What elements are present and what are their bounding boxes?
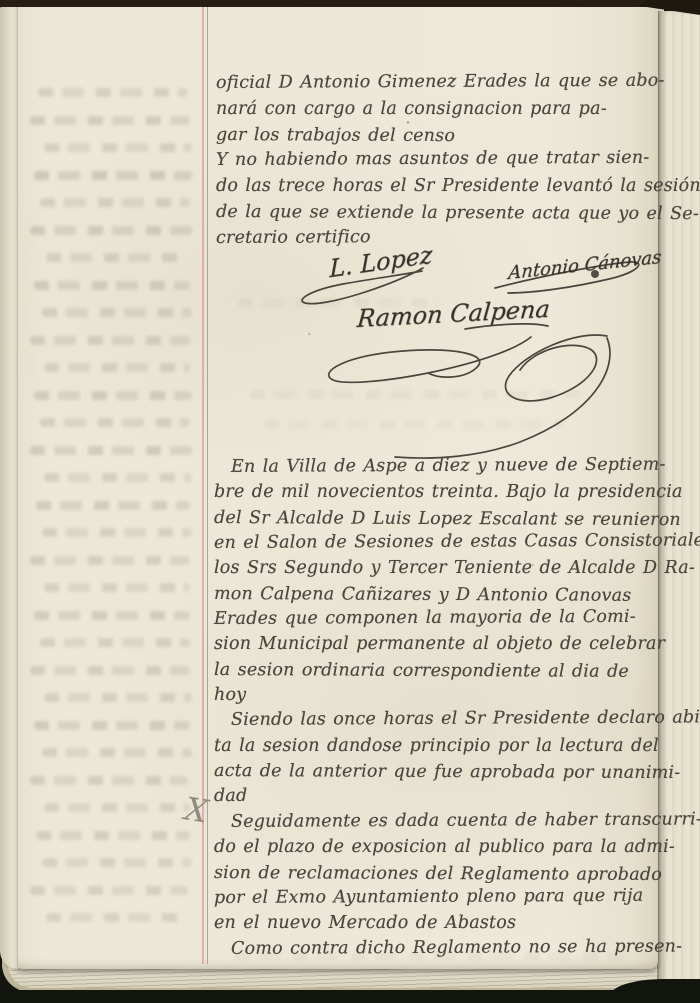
manuscript-line: do el plazo de exposicion al publico par… xyxy=(214,835,664,860)
signature-rubrica-rosette xyxy=(505,335,607,401)
manuscript-line: ta la sesion dandose principio por la le… xyxy=(214,734,664,759)
bleedthrough-line xyxy=(44,473,192,482)
manuscript-line: cretario certifico xyxy=(216,223,660,251)
bleedthrough-line xyxy=(46,253,186,262)
opening-paragraph: En la Villa de Aspe a diez y nueve de Se… xyxy=(214,455,664,708)
manuscript-line: dad xyxy=(214,782,664,810)
bleedthrough-line xyxy=(36,501,190,510)
book-top-edge xyxy=(0,0,700,7)
manuscript-line: hoy xyxy=(214,681,664,709)
bleedthrough-line xyxy=(42,308,192,317)
book-bottom-edge xyxy=(0,990,700,1003)
closing-paragraph: oficial D Antonio Gimenez Erades la que … xyxy=(216,71,660,252)
manuscript-line: Erades que componen la mayoria de la Com… xyxy=(214,605,664,633)
signature-flourishes xyxy=(295,250,690,465)
bleedthrough-line xyxy=(40,638,190,647)
signature-rubrica-loop xyxy=(329,337,531,382)
bleedthrough-line xyxy=(30,666,190,675)
manuscript-scan: X oficial D Antonio Gimenez Erades la qu… xyxy=(0,0,700,1003)
session-minutes: En la Villa de Aspe a diez y nueve de Se… xyxy=(214,455,664,962)
bleedthrough-line xyxy=(30,446,192,455)
manuscript-line: Como contra dicho Reglamento no se ha pr… xyxy=(214,934,664,962)
manuscript-line: los Srs Segundo y Tercer Teniente de Alc… xyxy=(214,556,664,581)
bleedthrough-line xyxy=(34,391,192,400)
bleedthrough-line xyxy=(42,528,192,537)
bleedthrough-line xyxy=(34,171,192,180)
bleedthrough-line xyxy=(44,363,190,372)
manuscript-line: do las trece horas el Sr Presidente leva… xyxy=(216,174,660,200)
manuscript-line: Seguidamente es dada cuenta de haber tra… xyxy=(214,807,664,835)
manuscript-line: sion Municipal permanente al objeto de c… xyxy=(214,632,664,657)
reglamento-paragraph: Seguidamente es dada cuenta de haber tra… xyxy=(214,810,664,937)
manuscript-line: en el Salon de Sesiones de estas Casas C… xyxy=(214,529,664,557)
bleedthrough-line xyxy=(30,226,192,235)
bleedthrough-line xyxy=(38,88,188,97)
manuscript-line: nará con cargo a la consignacion para pa… xyxy=(216,97,660,123)
closing-line-paragraph: Como contra dicho Reglamento no se ha pr… xyxy=(214,937,664,962)
bleedthrough-line xyxy=(42,858,192,867)
bleedthrough-line xyxy=(44,143,192,152)
bleedthrough-line xyxy=(30,116,190,125)
manuscript-page: X oficial D Antonio Gimenez Erades la qu… xyxy=(0,7,658,969)
bleedthrough-line xyxy=(30,336,190,345)
bleedthrough-line xyxy=(30,776,188,785)
signatures-block: L. Lopez Antonio Cánovas Ramon Calpena xyxy=(295,250,690,465)
bleedthrough-line xyxy=(30,556,190,565)
bleedthrough-line xyxy=(34,281,190,290)
manuscript-line: bre de mil novecientos treinta. Bajo la … xyxy=(214,480,664,505)
manuscript-line: Siendo las once horas el Sr Presidente d… xyxy=(214,706,664,734)
manuscript-line: En la Villa de Aspe a diez y nueve de Se… xyxy=(214,453,664,481)
manuscript-line: Y no habiendo mas asuntos de que tratar … xyxy=(216,146,660,174)
margin-rule-line xyxy=(207,7,209,964)
binding-edge xyxy=(0,7,18,969)
bleedthrough-line xyxy=(36,831,190,840)
manuscript-line: en el nuevo Mercado de Abastos xyxy=(214,911,664,936)
bleedthrough-line xyxy=(44,693,192,702)
bleedthrough-line xyxy=(34,611,190,620)
bleedthrough-line xyxy=(40,198,190,207)
bleedthrough-line xyxy=(30,886,188,895)
bleedthrough-line xyxy=(46,913,186,922)
bleedthrough-line xyxy=(44,803,190,812)
bleedthrough-line xyxy=(44,583,190,592)
signature-rubrica-tail xyxy=(395,338,610,458)
bleedthrough-line xyxy=(42,748,192,757)
bleedthrough-line xyxy=(40,418,190,427)
manuscript-line: oficial D Antonio Gimenez Erades la que … xyxy=(216,69,660,97)
bleedthrough-line xyxy=(34,721,190,730)
manuscript-line: por el Exmo Ayuntamiento pleno para que … xyxy=(214,883,664,911)
session-open-paragraph: Siendo las once horas el Sr Presidente d… xyxy=(214,708,664,809)
